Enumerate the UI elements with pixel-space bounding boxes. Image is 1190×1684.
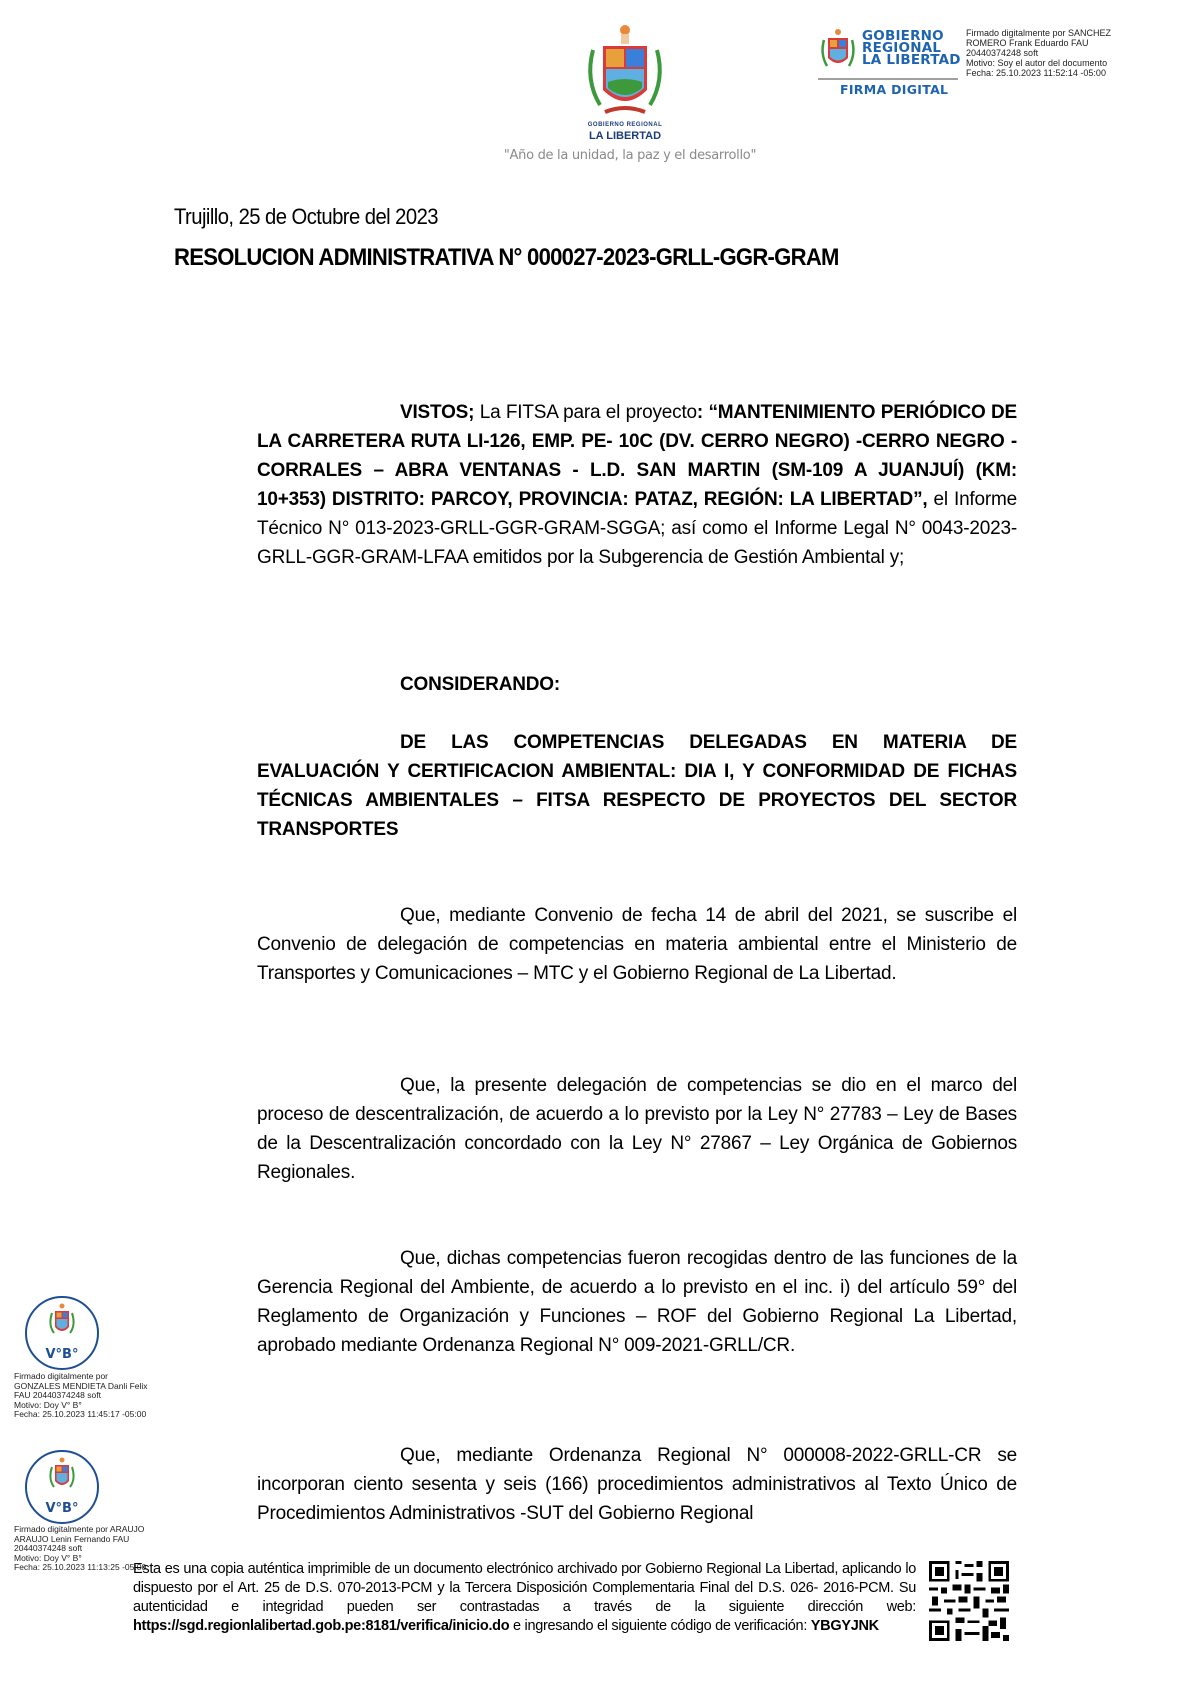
notice-text-2: e ingresando el siguiente código de veri… [509,1618,811,1634]
firma-digital-label: FIRMA DIGITAL [840,82,948,97]
regional-crest-icon [47,1303,77,1343]
notice-text-1: Esta es una copia auténtica imprimible d… [133,1561,916,1615]
verification-code: YBGYJNK [811,1618,879,1634]
gobierno-regional-logotype: GOBIERNO REGIONAL LA LIBERTAD [862,30,961,66]
body-paragraph: Que, mediante Ordenanza Regional N° 0000… [257,1441,1017,1528]
regional-crest-icon [575,20,675,130]
stamp-divider [818,78,958,80]
vobo-label: V°B° [27,1347,97,1362]
reviewer-signature-info: Firmado digitalmente por ARAUJO ARAUJO L… [14,1525,146,1573]
body-paragraph: Que, la presente delegación de competenc… [257,1071,1017,1187]
vistos-lead: VISTOS; [400,402,474,423]
authenticity-notice: Esta es una copia auténtica imprimible d… [133,1560,916,1636]
org-line-3: LA LIBERTAD [862,54,961,66]
crest-caption-top: GOBIERNO REGIONAL [560,122,690,128]
crest-caption-bottom: LA LIBERTAD [560,130,690,142]
body-paragraph: Que, dichas competencias fueron recogida… [257,1244,1017,1360]
vobo-stamp: V°B° [25,1450,99,1524]
year-motto: "Año de la unidad, la paz y el desarroll… [380,148,880,163]
document-title: RESOLUCION ADMINISTRATIVA N° 000027-2023… [174,244,839,272]
reviewer-signature-info: Firmado digitalmente por GONZALES MENDIE… [14,1372,148,1420]
regional-crest-icon [818,28,858,74]
vobo-label: V°B° [27,1501,97,1516]
vistos-text-1: La FITSA para el proyecto [474,402,697,423]
author-signature-info: Firmado digitalmente por SANCHEZ ROMERO … [966,28,1190,78]
verification-url[interactable]: https://sgd.regionlalibertad.gob.pe:8181… [133,1618,509,1634]
regional-crest-icon [47,1457,77,1497]
considerando-heading: CONSIDERANDO: [257,670,1017,699]
vobo-stamp: V°B° [25,1296,99,1370]
vistos-paragraph: VISTOS; La FITSA para el proyecto: “MANT… [257,398,1017,572]
qr-code-icon[interactable] [926,1558,1012,1644]
body-paragraph: Que, mediante Convenio de fecha 14 de ab… [257,901,1017,988]
section-heading: DE LAS COMPETENCIAS DELEGADAS EN MATERIA… [257,728,1017,844]
document-date: Trujillo, 25 de Octubre del 2023 [174,204,438,230]
